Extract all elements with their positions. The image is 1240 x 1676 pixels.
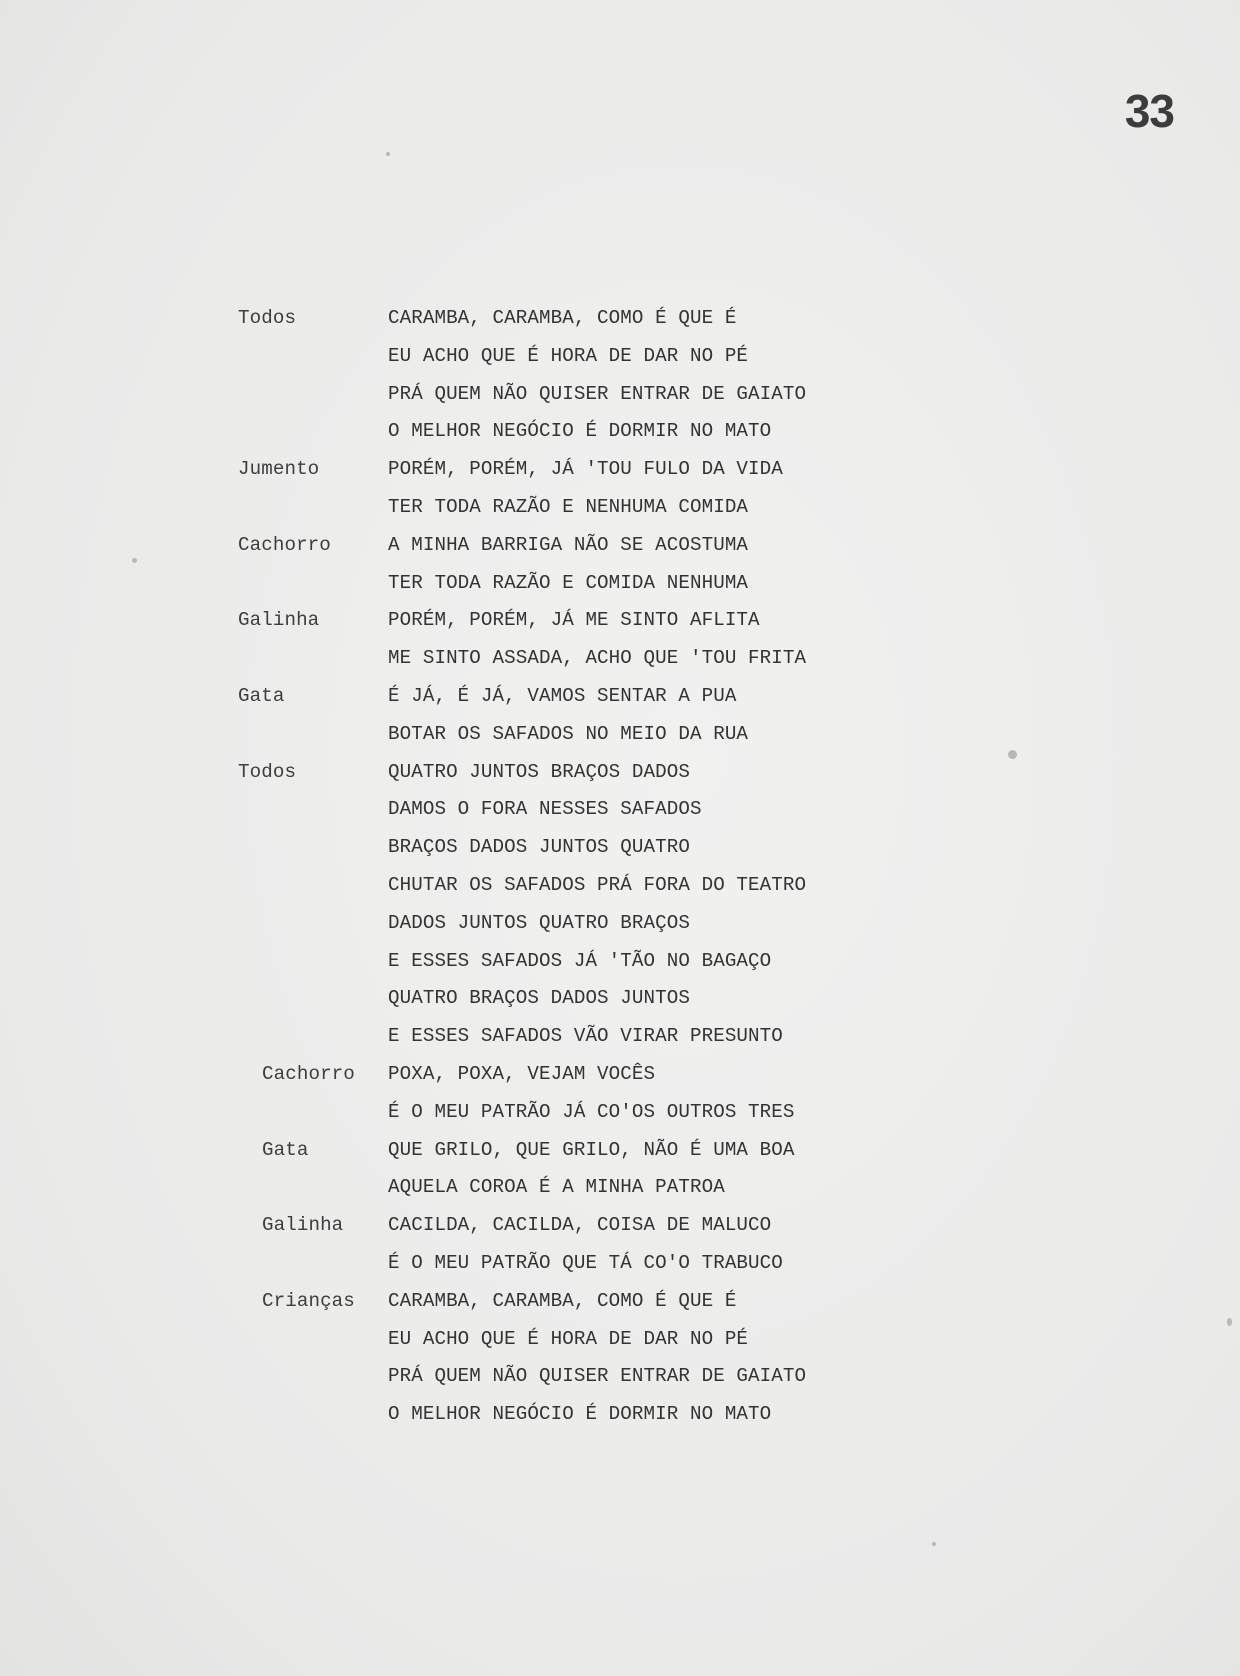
lyric-line: CriançasCARAMBA, CARAMBA, COMO É QUE É <box>0 1283 1240 1321</box>
lyric-text: CACILDA, CACILDA, COISA DE MALUCO <box>388 1207 771 1245</box>
lyric-text: O MELHOR NEGÓCIO É DORMIR NO MATO <box>388 1396 771 1434</box>
lyric-line: TER TODA RAZÃO E COMIDA NENHUMA <box>0 565 1240 603</box>
lyric-line: É O MEU PATRÃO QUE TÁ CO'O TRABUCO <box>0 1245 1240 1283</box>
lyric-line: DAMOS O FORA NESSES SAFADOS <box>0 791 1240 829</box>
speaker-label: Gata <box>238 678 284 716</box>
lyric-line: DADOS JUNTOS QUATRO BRAÇOS <box>0 905 1240 943</box>
lyric-text: QUE GRILO, QUE GRILO, NÃO É UMA BOA <box>388 1132 795 1170</box>
song-lyrics: TodosCARAMBA, CARAMBA, COMO É QUE ÉEU AC… <box>0 300 1240 1434</box>
lyric-text: É O MEU PATRÃO JÁ CO'OS OUTROS TRES <box>388 1094 795 1132</box>
lyric-line: BOTAR OS SAFADOS NO MEIO DA RUA <box>0 716 1240 754</box>
page-number: 33 <box>1125 84 1174 138</box>
speaker-label: Jumento <box>238 451 319 489</box>
lyric-line: CachorroPOXA, POXA, VEJAM VOCÊS <box>0 1056 1240 1094</box>
lyric-text: POXA, POXA, VEJAM VOCÊS <box>388 1056 655 1094</box>
lyric-text: DAMOS O FORA NESSES SAFADOS <box>388 791 702 829</box>
speaker-label: Galinha <box>262 1207 343 1245</box>
lyric-text: É O MEU PATRÃO QUE TÁ CO'O TRABUCO <box>388 1245 783 1283</box>
lyric-line: É O MEU PATRÃO JÁ CO'OS OUTROS TRES <box>0 1094 1240 1132</box>
lyric-text: E ESSES SAFADOS JÁ 'TÃO NO BAGAÇO <box>388 943 771 981</box>
speaker-label: Cachorro <box>262 1056 355 1094</box>
lyric-line: TER TODA RAZÃO E NENHUMA COMIDA <box>0 489 1240 527</box>
lyric-text: EU ACHO QUE É HORA DE DAR NO PÉ <box>388 1321 748 1359</box>
speaker-label: Todos <box>238 754 296 792</box>
lyric-line: CachorroA MINHA BARRIGA NÃO SE ACOSTUMA <box>0 527 1240 565</box>
lyric-text: TER TODA RAZÃO E NENHUMA COMIDA <box>388 489 748 527</box>
lyric-line: EU ACHO QUE É HORA DE DAR NO PÉ <box>0 338 1240 376</box>
lyric-text: QUATRO JUNTOS BRAÇOS DADOS <box>388 754 690 792</box>
speaker-label: Todos <box>238 300 296 338</box>
lyric-line: AQUELA COROA É A MINHA PATROA <box>0 1169 1240 1207</box>
paper-speck <box>1227 1318 1232 1326</box>
lyric-line: ME SINTO ASSADA, ACHO QUE 'TOU FRITA <box>0 640 1240 678</box>
speaker-label: Crianças <box>262 1283 355 1321</box>
lyric-text: PRÁ QUEM NÃO QUISER ENTRAR DE GAIATO <box>388 1358 806 1396</box>
lyric-text: EU ACHO QUE É HORA DE DAR NO PÉ <box>388 338 748 376</box>
lyric-line: GataÉ JÁ, É JÁ, VAMOS SENTAR A PUA <box>0 678 1240 716</box>
paper-speck <box>1008 750 1017 759</box>
lyric-text: E ESSES SAFADOS VÃO VIRAR PRESUNTO <box>388 1018 783 1056</box>
lyric-text: É JÁ, É JÁ, VAMOS SENTAR A PUA <box>388 678 736 716</box>
lyric-line: TodosQUATRO JUNTOS BRAÇOS DADOS <box>0 754 1240 792</box>
lyric-text: A MINHA BARRIGA NÃO SE ACOSTUMA <box>388 527 748 565</box>
lyric-text: BRAÇOS DADOS JUNTOS QUATRO <box>388 829 690 867</box>
lyric-line: O MELHOR NEGÓCIO É DORMIR NO MATO <box>0 1396 1240 1434</box>
lyric-text: O MELHOR NEGÓCIO É DORMIR NO MATO <box>388 413 771 451</box>
speaker-label: Galinha <box>238 602 319 640</box>
lyric-text: DADOS JUNTOS QUATRO BRAÇOS <box>388 905 690 943</box>
lyric-line: BRAÇOS DADOS JUNTOS QUATRO <box>0 829 1240 867</box>
speaker-label: Cachorro <box>238 527 331 565</box>
lyric-text: AQUELA COROA É A MINHA PATROA <box>388 1169 725 1207</box>
lyric-line: CHUTAR OS SAFADOS PRÁ FORA DO TEATRO <box>0 867 1240 905</box>
lyric-line: GataQUE GRILO, QUE GRILO, NÃO É UMA BOA <box>0 1132 1240 1170</box>
scanned-page: 33 TodosCARAMBA, CARAMBA, COMO É QUE ÉEU… <box>0 0 1240 1676</box>
lyric-text: CARAMBA, CARAMBA, COMO É QUE É <box>388 1283 736 1321</box>
lyric-line: PRÁ QUEM NÃO QUISER ENTRAR DE GAIATO <box>0 1358 1240 1396</box>
speaker-label: Gata <box>262 1132 308 1170</box>
lyric-line: GalinhaPORÉM, PORÉM, JÁ ME SINTO AFLITA <box>0 602 1240 640</box>
lyric-text: PRÁ QUEM NÃO QUISER ENTRAR DE GAIATO <box>388 376 806 414</box>
lyric-text: ME SINTO ASSADA, ACHO QUE 'TOU FRITA <box>388 640 806 678</box>
lyric-text: CHUTAR OS SAFADOS PRÁ FORA DO TEATRO <box>388 867 806 905</box>
lyric-line: QUATRO BRAÇOS DADOS JUNTOS <box>0 980 1240 1018</box>
lyric-line: O MELHOR NEGÓCIO É DORMIR NO MATO <box>0 413 1240 451</box>
lyric-text: BOTAR OS SAFADOS NO MEIO DA RUA <box>388 716 748 754</box>
lyric-text: PORÉM, PORÉM, JÁ ME SINTO AFLITA <box>388 602 760 640</box>
lyric-line: JumentoPORÉM, PORÉM, JÁ 'TOU FULO DA VID… <box>0 451 1240 489</box>
lyric-text: PORÉM, PORÉM, JÁ 'TOU FULO DA VIDA <box>388 451 783 489</box>
lyric-line: E ESSES SAFADOS JÁ 'TÃO NO BAGAÇO <box>0 943 1240 981</box>
lyric-line: EU ACHO QUE É HORA DE DAR NO PÉ <box>0 1321 1240 1359</box>
lyric-text: QUATRO BRAÇOS DADOS JUNTOS <box>388 980 690 1018</box>
lyric-text: TER TODA RAZÃO E COMIDA NENHUMA <box>388 565 748 603</box>
paper-speck <box>132 558 137 563</box>
lyric-line: TodosCARAMBA, CARAMBA, COMO É QUE É <box>0 300 1240 338</box>
paper-speck <box>932 1542 936 1546</box>
lyric-text: CARAMBA, CARAMBA, COMO É QUE É <box>388 300 736 338</box>
lyric-line: GalinhaCACILDA, CACILDA, COISA DE MALUCO <box>0 1207 1240 1245</box>
lyric-line: E ESSES SAFADOS VÃO VIRAR PRESUNTO <box>0 1018 1240 1056</box>
paper-speck <box>386 152 390 156</box>
lyric-line: PRÁ QUEM NÃO QUISER ENTRAR DE GAIATO <box>0 376 1240 414</box>
